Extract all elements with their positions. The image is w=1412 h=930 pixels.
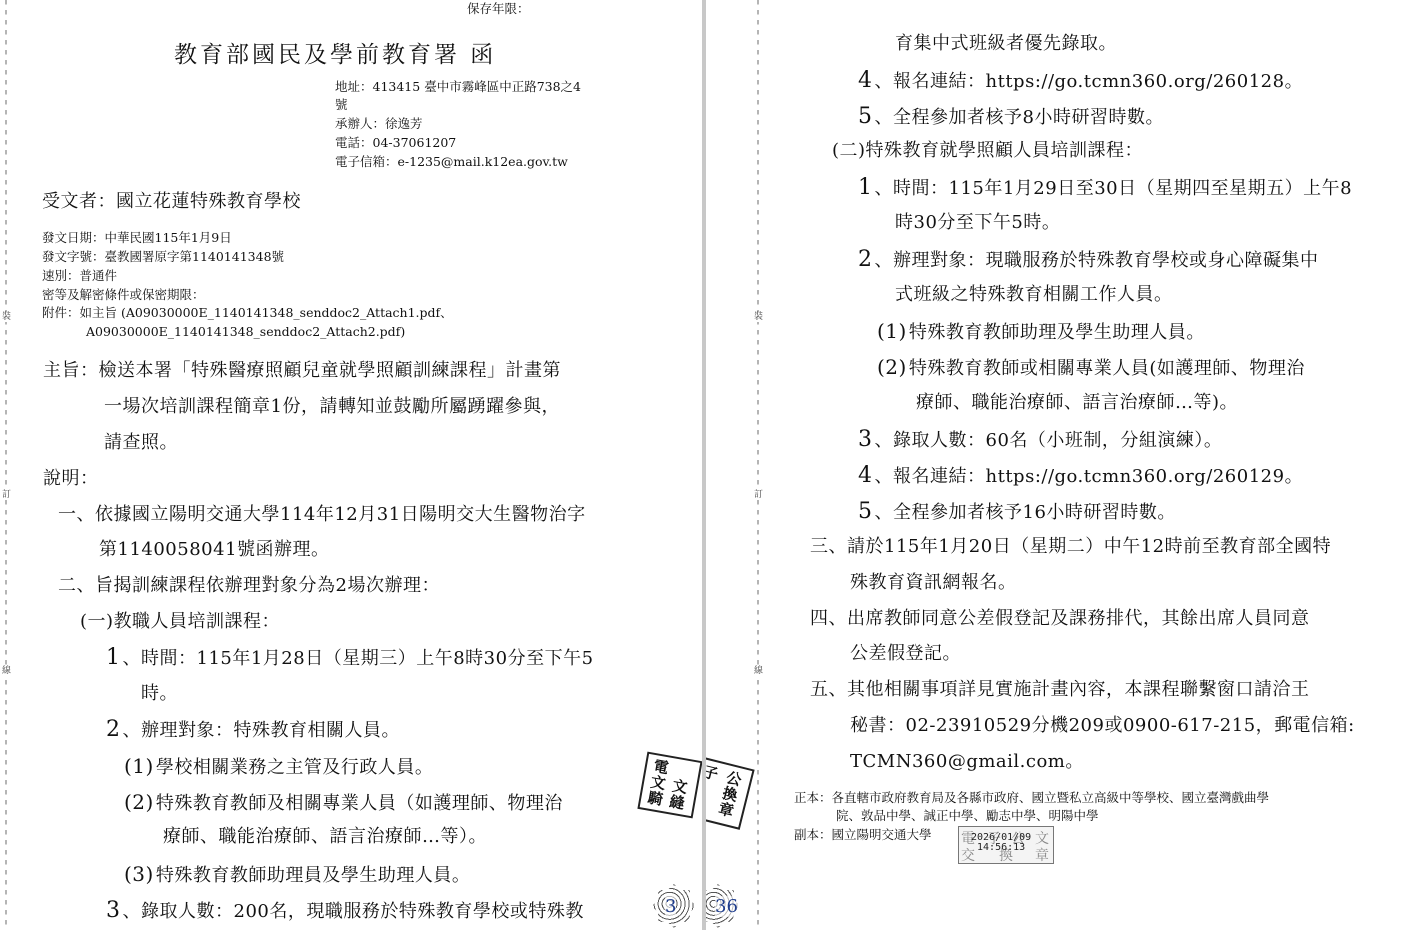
binding-mark-staple: 訂 — [754, 490, 763, 500]
explanation-item1-line1: 一、依據國立陽明交通大學114年12月31日陽明交大生醫物治字 — [58, 506, 586, 524]
address-line2: 號 — [335, 99, 348, 112]
phone: 電話：04-37061207 — [335, 137, 456, 150]
explanation-item5-line2: 秘書：02-23910529分機209或0900-617-215，郵電信箱: — [850, 717, 1355, 735]
document-title: 教育部國民及學前教育署 函 — [174, 44, 496, 67]
subject-line2: 一場次培訓課程簡章1份，請轉知並鼓勵所屬踴躍參與， — [104, 398, 560, 416]
exchange-stamp: 電 子 公 文 交 換 章 2026/01/09 14:56:13 — [958, 826, 1054, 864]
issue-date: 發文日期：中華民國115年1月9日 — [42, 232, 232, 245]
course2-hours: 5、全程參加者核予16小時研習時數。 — [858, 501, 1176, 523]
course2-quota: 3、錄取人數：60名（小班制，分組演練）。 — [858, 429, 1222, 451]
course1-sub3: (3)特殊教育教師助理員及學生助理人員。 — [124, 864, 470, 885]
binding-mark-bind: 裝 — [754, 312, 763, 322]
urgency: 速別：普通件 — [42, 270, 117, 283]
course1-sub2-line2: 療師、職能治療師、語言治療師…等）。 — [163, 828, 487, 846]
seam-stamp-right: 子 公 換 章 — [706, 756, 755, 830]
attachments-line1: 附件：如主旨 (A09030000E_1140141348_senddoc2_A… — [42, 307, 453, 320]
email: 電子信箱：e-1235@mail.k12ea.gov.tw — [335, 156, 568, 169]
explanation-label: 說明： — [43, 470, 99, 488]
course2-target-line2: 式班級之特殊教育相關工作人員。 — [895, 286, 1173, 304]
recipient: 受文者：國立花蓮特殊教育學校 — [42, 193, 301, 211]
address-line1: 地址：413415 臺中市霧峰區中正路738之4 — [335, 81, 581, 94]
explanation-item2: 二、旨揭訓練課程依辦理對象分為2場次辦理： — [58, 577, 440, 595]
distribution-original-line2: 院、敦品中學、誠正中學、勵志中學、明陽中學 — [836, 810, 1099, 823]
seam-stamp-left: 電 文 騎 文 縫 — [637, 752, 702, 819]
subject-line3: 請查照。 — [104, 434, 178, 452]
course2-target-line1: 2、辦理對象：現職服務於特殊教育學校或身心障礙集中 — [858, 249, 1319, 271]
explanation-item1-line2: 第1140058041號函辦理。 — [99, 541, 330, 559]
course1-sub2-line1: (2)特殊教育教師及相關專業人員（如護理師、物理治 — [124, 792, 563, 813]
distribution-copy: 副本：國立陽明交通大學 — [794, 829, 932, 842]
explanation-item4-line2: 公差假登記。 — [850, 645, 961, 663]
course2-sub2-line1: (2)特殊教育教師或相關專業人員(如護理師、物理治 — [877, 357, 1305, 378]
doc-number: 發文字號：臺教國署原字第1140141348號 — [42, 251, 284, 264]
exchange-timestamp: 2026/01/09 14:56:13 — [971, 833, 1031, 853]
binding-line — [757, 0, 759, 930]
course2-heading: (二)特殊教育就學照顧人員培訓課程： — [832, 142, 1143, 160]
retention-label: 保存年限： — [467, 3, 530, 16]
explanation-item5-line1: 五、其他相關事項詳見實施計畫內容，本課程聯繫窗口請洽王 — [810, 681, 1310, 699]
course1-time-line1: 1、時間：115年1月28日（星期三）上午8時30分至下午5 — [106, 647, 594, 669]
page-number-right: 36 — [715, 896, 738, 917]
confidentiality: 密等及解密條件或保密期限： — [42, 289, 205, 302]
course2-time-line1: 1、時間：115年1月29日至30日（星期四至星期五）上午8 — [858, 177, 1352, 199]
course1-sub1: (1)學校相關業務之主管及行政人員。 — [124, 756, 433, 777]
course1-target: 2、辦理對象：特殊教育相關人員。 — [106, 719, 400, 741]
binding-line — [5, 0, 7, 930]
course2-sub2-line2: 療師、職能治療師、語言治療師…等)。 — [916, 394, 1238, 412]
course1-hours: 5、全程參加者核予8小時研習時數。 — [858, 106, 1164, 128]
binding-mark-line: 線 — [754, 666, 763, 676]
course1-quota-line1: 3、錄取人數：200名，現職服務於特殊教育學校或特殊教 — [106, 900, 584, 922]
subject-line1: 主旨：檢送本署「特殊醫療照顧兒童就學照顧訓練課程」計畫第 — [43, 362, 561, 380]
course1-link: 4、報名連結：https://go.tcmn360.org/260128。 — [858, 70, 1303, 92]
course1-heading: (一)教職人員培訓課程： — [80, 613, 280, 631]
binding-mark-staple: 訂 — [2, 490, 11, 500]
course2-time-line2: 時30分至下午5時。 — [895, 214, 1060, 232]
explanation-item5-line3: TCMN360@gmail.com。 — [850, 753, 1084, 771]
explanation-item3-line2: 殊教育資訊網報名。 — [850, 574, 1017, 592]
explanation-item3-line1: 三、請於115年1月20日（星期二）中午12時前至教育部全國特 — [810, 538, 1331, 556]
contact-person: 承辦人：徐逸芳 — [335, 118, 423, 131]
document-page-right: 裝 訂 線 育集中式班級者優先錄取。 4、報名連結：https://go.tcm… — [706, 0, 1412, 930]
course2-sub1: (1)特殊教育教師助理及學生助理人員。 — [877, 321, 1205, 342]
attachments-line2: A09030000E_1140141348_senddoc2_Attach2.p… — [86, 326, 405, 339]
explanation-item4-line1: 四、出席教師同意公差假登記及課務排代，其餘出席人員同意 — [810, 610, 1310, 628]
binding-mark-bind: 裝 — [2, 312, 11, 322]
binding-mark-line: 線 — [2, 666, 11, 676]
page-number-left: 3 — [665, 896, 676, 917]
course1-time-line2: 時。 — [141, 685, 178, 703]
course2-link: 4、報名連結：https://go.tcmn360.org/260129。 — [858, 465, 1303, 487]
course1-quota-line2: 育集中式班級者優先錄取。 — [895, 35, 1117, 53]
distribution-original-line1: 正本：各直轄市政府教育局及各縣市政府、國立暨私立高級中等學校、國立臺灣戲曲學 — [794, 792, 1269, 805]
document-page-left: 裝 訂 線 保存年限： 教育部國民及學前教育署 函 地址：413415 臺中市霧… — [0, 0, 702, 930]
